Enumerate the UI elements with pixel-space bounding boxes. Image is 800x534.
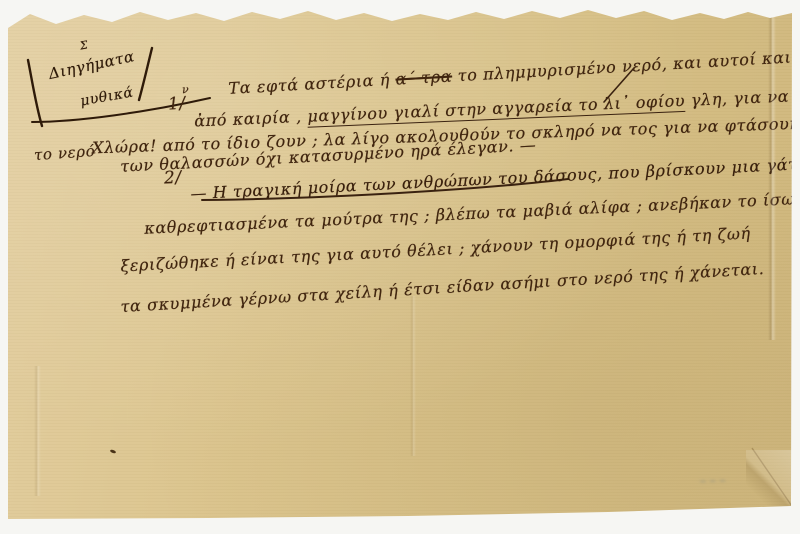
- paper-sheet: Σ Διηγήματα μυθικά Τα εφτά αστέρια ή α΄ …: [8, 6, 792, 520]
- item1-marker: 1/: [167, 95, 186, 113]
- heading-text-cont: που βρίσκουν μια γάτα ξένη ή ήχο αν: [608, 148, 800, 183]
- annotation-insert-mark: Σ: [79, 39, 89, 51]
- annotation-right-bracket: [139, 48, 152, 100]
- line1-text: Τα εφτά αστέρια ή: [228, 70, 390, 98]
- heading-underlined-text: Η τραγική μοίρα των ανθρώπων του δάσους,: [212, 164, 603, 202]
- margin-note: το νερό: [34, 144, 96, 163]
- annotation-title-line2: μυθικά: [79, 85, 134, 108]
- manuscript-scan: Σ Διηγήματα μυθικά Τα εφτά αστέρια ή α΄ …: [0, 0, 800, 534]
- left-crease: [34, 366, 41, 496]
- line2-text: ἀπό καιρία ,: [194, 107, 302, 130]
- annotation-title-line1: Διηγήματα: [47, 49, 136, 82]
- corner-fold: [746, 450, 792, 520]
- item2-marker: 2/: [164, 170, 183, 188]
- ink-speck: [110, 449, 117, 454]
- center-crease: [410, 296, 416, 456]
- line2-text-cont: γλη, για να σωθεί το σαλμό: [690, 81, 800, 110]
- line1-struck-word: α΄ τρα: [395, 66, 453, 88]
- faint-pencil-mark: ⌁⌁⌁: [698, 473, 728, 489]
- annotation-left-bracket: [28, 60, 42, 126]
- line1-text-cont: το πλημμυρισμένο νερό, και αυτοί και άγρ…: [457, 41, 800, 85]
- heading-dash: —: [190, 183, 208, 203]
